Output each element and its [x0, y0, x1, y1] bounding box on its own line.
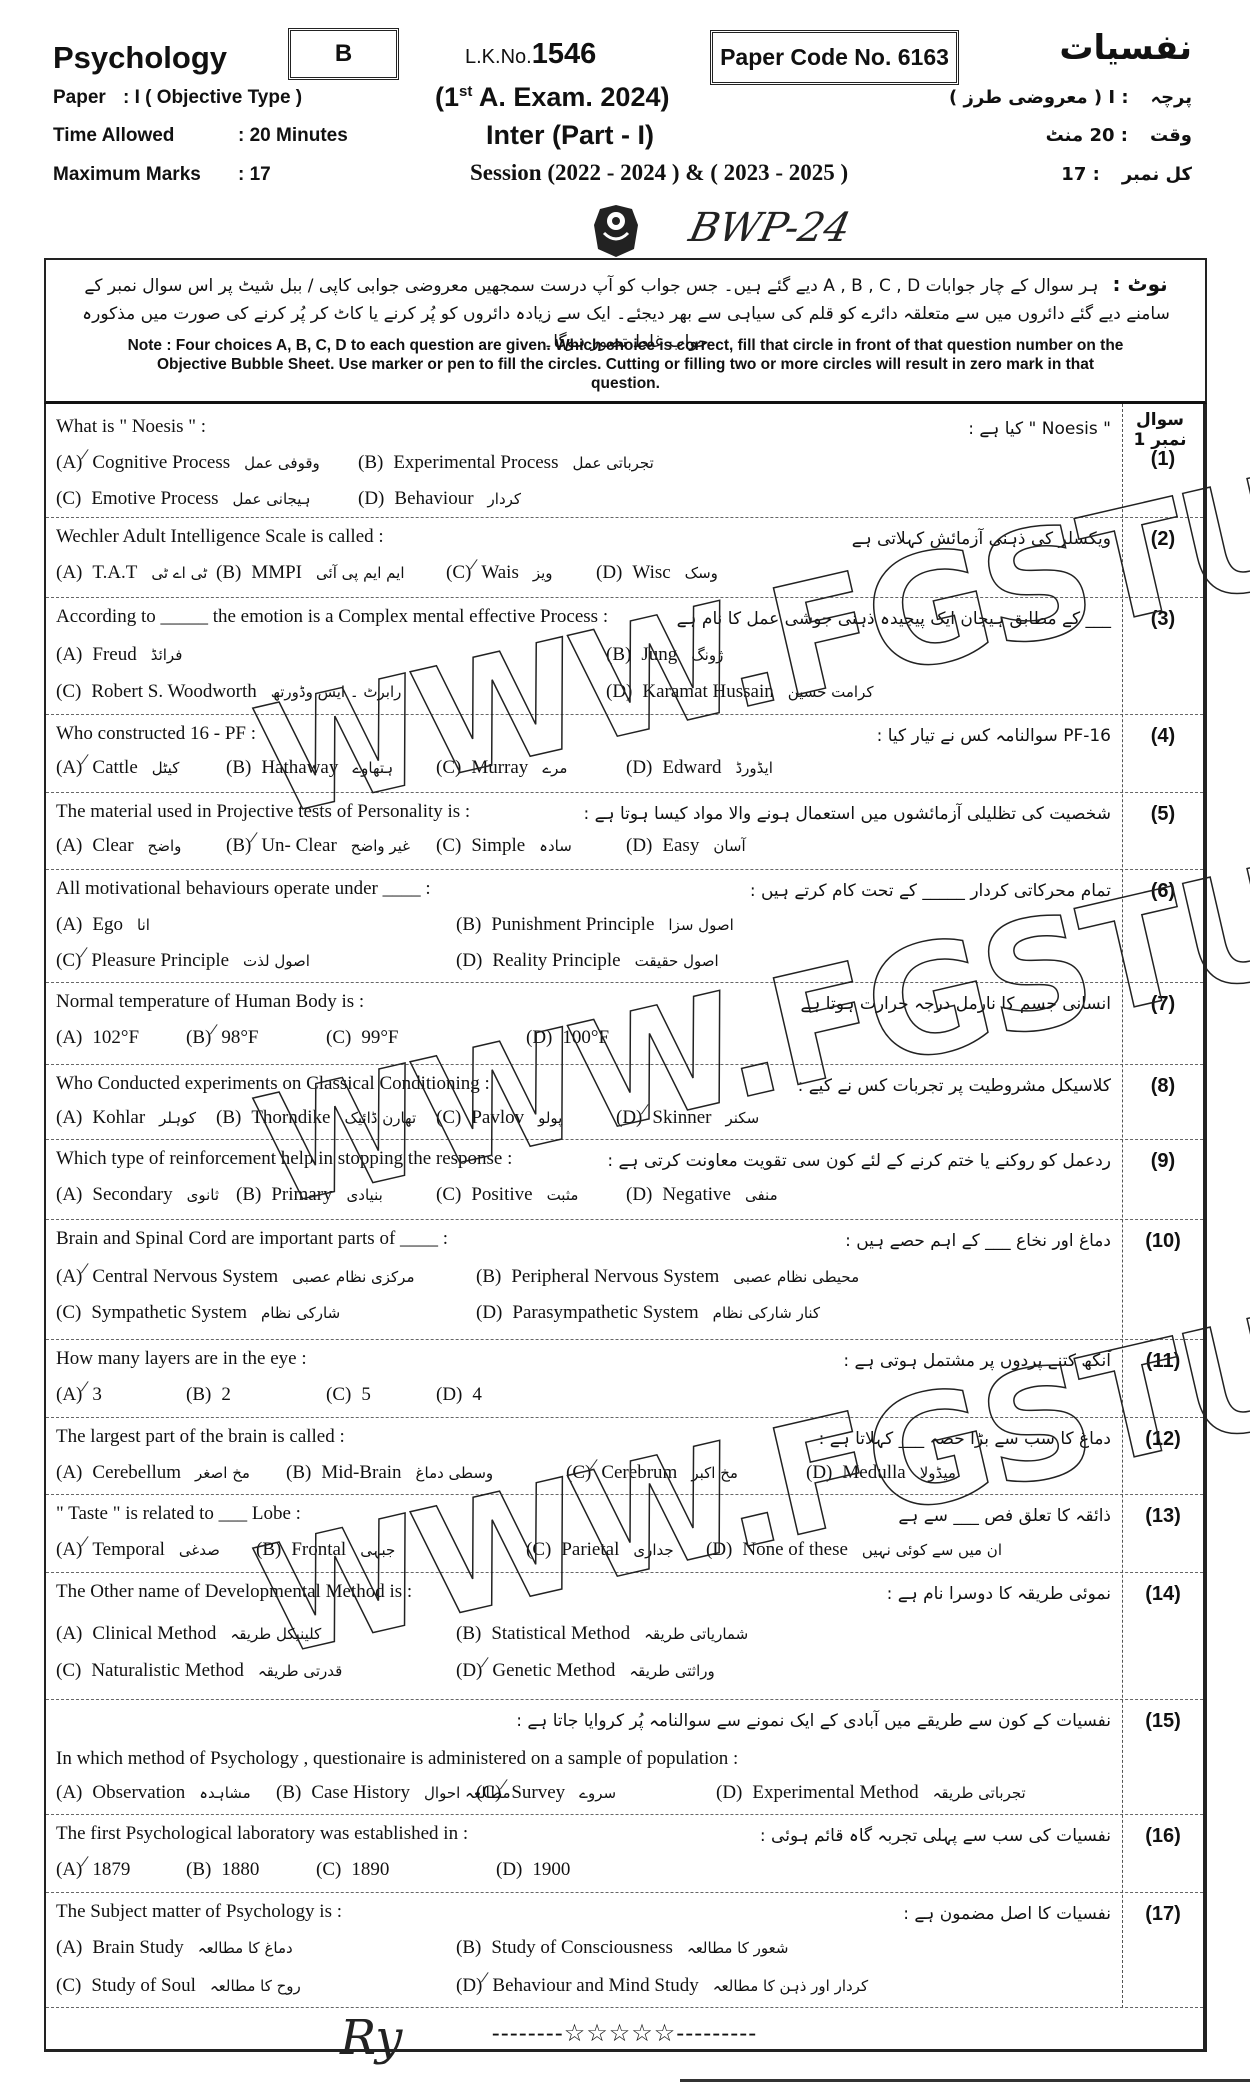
choice-d[interactable]: (D)Wiscوسک — [596, 562, 718, 584]
choice-letter: (A) — [56, 1384, 82, 1405]
choice-c[interactable]: (C)Parietalجداری — [526, 1539, 674, 1561]
choice-text-urdu: کردار اور ذہن کا مطالعہ — [713, 1977, 868, 1995]
question-text: In which method of Psychology , question… — [56, 1748, 738, 1770]
choice-text-urdu: تجرباتی عمل — [572, 454, 653, 472]
choice-text-urdu: شعور کا مطالعہ — [687, 1939, 789, 1957]
choice-a[interactable]: (A)T.A.Tٹی اے ٹی — [56, 562, 207, 584]
choice-text-urdu: ژونگ — [691, 646, 723, 664]
choice-d[interactable]: (D)Parasympathetic Systemکنار شارکی نظام — [476, 1302, 820, 1324]
choice-text: Genetic Method — [492, 1660, 615, 1681]
choice-text: None of these — [742, 1539, 848, 1560]
question-number: (16) — [1123, 1825, 1203, 1848]
choice-b[interactable]: (B)Un- Clearغیر واضح — [226, 835, 410, 857]
question-text: Which type of reinforcement help in stop… — [56, 1148, 512, 1170]
choice-text: Emotive Process — [91, 488, 218, 509]
choice-text-urdu: دماغ کا مطالعہ — [198, 1939, 293, 1957]
choice-letter: (D) — [806, 1462, 832, 1483]
choice-a[interactable]: (A)Freudفرائڈ — [56, 644, 182, 666]
choice-a[interactable]: (A)Central Nervous Systemمرکزی نظام عصبی — [56, 1266, 415, 1288]
choice-letter: (B) — [216, 1107, 241, 1128]
choice-c[interactable]: (C)Sympathetic Systemشارکی نظام — [56, 1302, 340, 1324]
choice-text: Cerebellum — [92, 1462, 181, 1483]
choice-letter: (A) — [56, 1027, 82, 1048]
choice-a[interactable]: (A)102°F — [56, 1027, 153, 1049]
question-number: (14) — [1123, 1583, 1203, 1606]
choice-c[interactable]: (C)Waisویز — [446, 562, 553, 584]
choice-a[interactable]: (A)Clinical Methodکلینیکل طریقہ — [56, 1623, 321, 1645]
choice-text: 99°F — [361, 1027, 398, 1048]
choice-text-urdu: اصول حقیقت — [635, 952, 719, 970]
question-number: (3) — [1123, 608, 1203, 631]
choice-text: Reality Principle — [492, 950, 620, 971]
choice-a[interactable]: (A)Cattleکیٹل — [56, 757, 179, 779]
question-text-urdu: تمام محرکاتی کردار _____ کے تحت کام کرتے… — [750, 880, 1111, 901]
choice-letter: (A) — [56, 1462, 82, 1483]
choice-letter: (C) — [446, 562, 471, 583]
choice-text: 2 — [221, 1384, 231, 1405]
question-text: " Taste " is related to ___ Lobe : — [56, 1503, 301, 1525]
choice-letter: (A) — [56, 452, 82, 473]
instructions-note: نوٹ :ہر سوال کے چار جوابات A , B , C , D… — [44, 258, 1207, 404]
end-of-paper-stars: --------☆☆☆☆☆--------- — [46, 2019, 1203, 2048]
question-text: According to _____ the emotion is a Comp… — [56, 606, 608, 628]
choice-letter: (A) — [56, 757, 82, 778]
number-column-divider — [1122, 404, 1123, 2008]
choice-letter: (A) — [56, 835, 82, 856]
choice-text: Primary — [271, 1184, 332, 1205]
choice-text-urdu: صدغی — [179, 1541, 220, 1559]
question-number: (17) — [1123, 1903, 1203, 1926]
choice-text-urdu: محیطی نظام عصبی — [733, 1268, 859, 1286]
choice-text: Parasympathetic System — [512, 1302, 698, 1323]
choice-text-urdu: اصول سزا — [668, 916, 733, 934]
choice-text-urdu: وسطی دماغ — [416, 1464, 494, 1482]
marks-row: Maximum Marks: 17 — [53, 164, 271, 186]
exam-sup: st — [459, 83, 472, 100]
choice-b[interactable]: (B)Frontalجبہی — [256, 1539, 395, 1561]
choice-letter: (D) — [436, 1384, 462, 1405]
choice-letter: (A) — [56, 1623, 82, 1644]
question-text-urdu: دماغ اور نخاع ___ کے اہم حصے ہیں : — [845, 1230, 1111, 1251]
question-number: (1) — [1123, 448, 1203, 471]
choice-b[interactable]: (B)Statistical Methodشماریاتی طریقہ — [456, 1623, 748, 1645]
question-text: All motivational behaviours operate unde… — [56, 878, 431, 900]
question-row: (17)The Subject matter of Psychology is … — [46, 1893, 1203, 2008]
choice-text: Naturalistic Method — [91, 1660, 244, 1681]
question-number: (15) — [1123, 1710, 1203, 1733]
choice-letter: (B) — [216, 562, 241, 583]
choice-letter: (D) — [358, 488, 384, 509]
questions-table: سوال نمبر 1 (1)What is " Noesis " :" Noe… — [44, 404, 1207, 2052]
question-text: Who constructed 16 - PF : — [56, 723, 256, 745]
choice-a[interactable]: (A)Observationمشاہدہ — [56, 1782, 251, 1804]
choice-letter: (B) — [256, 1539, 281, 1560]
choice-c[interactable]: (C)Cerebrumمخ اکبر — [566, 1462, 738, 1484]
question-number: (10) — [1123, 1230, 1203, 1253]
choice-text: Hathaway — [261, 757, 338, 778]
question-row: (11)How many layers are in the eye :آنکھ… — [46, 1340, 1203, 1418]
question-text-urdu: دماغ کا سب سے بڑا حصہ ___ کہلاتا ہے : — [819, 1428, 1111, 1449]
choice-text: Pavlov — [471, 1107, 524, 1128]
choice-text: 102°F — [92, 1027, 139, 1048]
choice-a[interactable]: (A)Egoانا — [56, 914, 150, 936]
choice-text-urdu: مرکزی نظام عصبی — [292, 1268, 414, 1286]
choice-c[interactable]: (C)1890 — [316, 1859, 403, 1881]
choice-letter: (A) — [56, 644, 82, 665]
question-number: (2) — [1123, 528, 1203, 551]
choice-text-urdu: ویز — [533, 564, 553, 582]
choice-text: Clinical Method — [92, 1623, 216, 1644]
time-label: Time Allowed — [53, 125, 238, 147]
choice-d[interactable]: (D)Edwardایڈورڈ — [626, 757, 773, 779]
urdu-time-row: وقت: 20 منٹ — [1046, 125, 1192, 146]
paper-row: Paper: I ( Objective Type ) — [53, 87, 302, 109]
choice-text-urdu: مثبت — [547, 1186, 579, 1204]
question-text-urdu: نموئی طریقہ کا دوسرا نام ہے : — [887, 1583, 1111, 1604]
choice-c[interactable]: (C)Emotive Processہیجانی عمل — [56, 488, 311, 510]
choice-b[interactable]: (B)Peripheral Nervous Systemمحیطی نظام ع… — [476, 1266, 859, 1288]
choice-c[interactable]: (C)Simpleسادہ — [436, 835, 572, 857]
choice-letter: (A) — [56, 914, 82, 935]
choice-d[interactable]: (D)Reality Principleاصول حقیقت — [456, 950, 719, 972]
question-row: (13)" Taste " is related to ___ Lobe :ذا… — [46, 1495, 1203, 1573]
choice-text: 1880 — [221, 1859, 259, 1880]
choice-letter: (B) — [236, 1184, 261, 1205]
question-text: The Other name of Developmental Method i… — [56, 1581, 412, 1603]
choice-text: Clear — [92, 835, 133, 856]
choice-text: Case History — [311, 1782, 410, 1803]
choice-letter: (A) — [56, 1266, 82, 1287]
choice-text-urdu: وقوفی عمل — [244, 454, 320, 472]
choice-text-urdu: اصول لذت — [243, 952, 310, 970]
urdu-time-label: وقت — [1150, 125, 1192, 146]
choice-text-urdu: غیر واضح — [351, 837, 410, 855]
choice-letter: (D) — [616, 1107, 642, 1128]
choice-text-urdu: تھارن ڈائیک — [344, 1109, 416, 1127]
choice-text: Skinner — [652, 1107, 711, 1128]
question-number: (12) — [1123, 1428, 1203, 1451]
choice-text: Central Nervous System — [92, 1266, 278, 1287]
choice-text: Mid-Brain — [321, 1462, 401, 1483]
choice-b[interactable]: (B)Mid-Brainوسطی دماغ — [286, 1462, 493, 1484]
choice-text: Edward — [662, 757, 721, 778]
choice-text-urdu: سکنر — [726, 1109, 760, 1127]
choice-text-urdu: ہیجانی عمل — [233, 490, 311, 508]
exam-prefix: (1 — [435, 82, 459, 112]
choice-text: Behaviour — [394, 488, 473, 509]
choice-text-urdu: پولو — [538, 1109, 562, 1127]
choice-text: Peripheral Nervous System — [511, 1266, 719, 1287]
question-text: The material used in Projective tests of… — [56, 801, 470, 823]
choice-text-urdu: ٹی اے ٹی — [151, 564, 207, 582]
choice-text: Survey — [511, 1782, 565, 1803]
choice-text-urdu: وراثتی طریقہ — [629, 1662, 714, 1680]
question-number: (7) — [1123, 993, 1203, 1016]
urdu-subject-title: نفسیات — [1059, 28, 1192, 68]
choice-c[interactable]: (C)99°F — [326, 1027, 413, 1049]
question-row: (5)The material used in Projective tests… — [46, 793, 1203, 870]
set-code-box: B — [288, 28, 399, 80]
choice-text: Wisc — [632, 562, 670, 583]
choice-letter: (A) — [56, 1107, 82, 1128]
choice-d[interactable]: (D)100°F — [526, 1027, 623, 1049]
choice-c[interactable]: (C)Robert S. Woodworthرابرٹ ۔ ایس وڈورتھ — [56, 681, 401, 703]
choice-text-urdu: شارکی نظام — [261, 1304, 340, 1322]
choice-a[interactable]: (A)Secondaryثانوی — [56, 1184, 219, 1206]
choice-text: Study of Soul — [91, 1975, 196, 1996]
choice-letter: (B) — [186, 1859, 211, 1880]
question-text-urdu: کلاسیکل مشروطیت پر تجربات کس نے کیے : — [798, 1075, 1111, 1096]
choice-letter: (C) — [436, 757, 461, 778]
choice-c[interactable]: (C)Study of Soulروح کا مطالعہ — [56, 1975, 301, 1997]
question-row: (10)Brain and Spinal Cord are important … — [46, 1220, 1203, 1340]
choice-a[interactable]: (A)Cerebellumمخ اصغر — [56, 1462, 250, 1484]
question-text-urdu: شخصیت کی تظلیلی آزمائشوں میں استعمال ہون… — [584, 803, 1111, 824]
question-text-urdu: 16-PF سوالنامہ کس نے تیار کیا : — [877, 725, 1111, 746]
question-row: (15)In which method of Psychology , ques… — [46, 1700, 1203, 1815]
choice-c[interactable]: (C)Pleasure Principleاصول لذت — [56, 950, 310, 972]
handwritten-code: BWP-24 — [685, 205, 854, 251]
choice-letter: (B) — [276, 1782, 301, 1803]
choice-a[interactable]: (A)Brain Studyدماغ کا مطالعہ — [56, 1937, 293, 1959]
question-text: The first Psychological laboratory was e… — [56, 1823, 468, 1845]
choice-text-urdu: تجرباتی طریقہ — [933, 1784, 1026, 1802]
choice-a[interactable]: (A)Clearواضح — [56, 835, 181, 857]
choice-b[interactable]: (B)Study of Consciousnessشعور کا مطالعہ — [456, 1937, 788, 1959]
choice-letter: (D) — [456, 1975, 482, 1996]
choice-text: Study of Consciousness — [491, 1937, 673, 1958]
choice-text-urdu: بنیادی — [347, 1186, 383, 1204]
question-row: (3)According to _____ the emotion is a C… — [46, 598, 1203, 715]
choice-letter: (B) — [226, 835, 251, 856]
choice-d[interactable]: (D)Behaviour and Mind Studyکردار اور ذہن… — [456, 1975, 868, 1997]
paper-code-box: Paper Code No. 6163 — [710, 30, 959, 85]
choice-d[interactable]: (D)1900 — [496, 1859, 584, 1881]
choice-b[interactable]: (B)Experimental Processتجرباتی عمل — [358, 452, 654, 474]
choice-letter: (C) — [316, 1859, 341, 1880]
question-text: The Subject matter of Psychology is : — [56, 1901, 342, 1923]
choice-text-urdu: کلینیکل طریقہ — [230, 1625, 321, 1643]
choice-letter: (C) — [436, 1107, 461, 1128]
session: Session (2022 - 2024 ) & ( 2023 - 2025 ) — [470, 160, 848, 186]
choice-text: 4 — [472, 1384, 482, 1405]
choice-text: Simple — [471, 835, 525, 856]
choice-letter: (A) — [56, 1937, 82, 1958]
exam-title: (1st A. Exam. 2024) — [435, 82, 669, 113]
choice-b[interactable]: (B)Hathawayہتھاوے — [226, 757, 393, 779]
choice-d[interactable]: (D)Karamat Hussainکرامت حسین — [606, 681, 874, 703]
choice-a[interactable]: (A)Temporalصدغی — [56, 1539, 220, 1561]
choice-text: Negative — [662, 1184, 731, 1205]
choice-letter: (B) — [456, 1623, 481, 1644]
choice-text-urdu: جداری — [633, 1541, 673, 1559]
choice-text-urdu: میڈولا — [920, 1464, 956, 1482]
choice-text: 98°F — [221, 1027, 258, 1048]
choice-letter: (D) — [706, 1539, 732, 1560]
choice-text: Cognitive Process — [92, 452, 230, 473]
choice-d[interactable]: (D)Experimental Methodتجرباتی طریقہ — [716, 1782, 1026, 1804]
choice-text: Temporal — [92, 1539, 165, 1560]
choice-letter: (D) — [496, 1859, 522, 1880]
urdu-time-value: : 20 منٹ — [1046, 125, 1128, 146]
choice-text-urdu: ایڈورڈ — [735, 759, 772, 777]
choice-letter: (D) — [626, 757, 652, 778]
choice-b[interactable]: (B)MMPIایم ایم پی آئی — [216, 562, 405, 584]
time-row: Time Allowed: 20 Minutes — [53, 125, 348, 147]
choice-text: 5 — [361, 1384, 371, 1405]
choice-text: Cerebrum — [601, 1462, 677, 1483]
choice-letter: (C) — [56, 1660, 81, 1681]
choice-letter: (D) — [626, 1184, 652, 1205]
choice-letter: (C) — [56, 950, 81, 971]
marks-value: : 17 — [238, 164, 271, 185]
choice-text-urdu: مشاہدہ — [199, 1784, 250, 1802]
choice-text-urdu: انا — [137, 916, 150, 934]
question-row: (2)Wechler Adult Intelligence Scale is c… — [46, 518, 1203, 598]
choice-c[interactable]: (C)Murrayمرے — [436, 757, 567, 779]
question-text: What is " Noesis " : — [56, 416, 206, 438]
choice-letter: (C) — [476, 1782, 501, 1803]
choice-d[interactable]: (D)Skinnerسکنر — [616, 1107, 759, 1129]
choice-text-urdu: کردار — [488, 490, 522, 508]
choice-c[interactable]: (C)Surveyسروے — [476, 1782, 616, 1804]
choice-text: Secondary — [92, 1184, 172, 1205]
question-row: (7)Normal temperature of Human Body is :… — [46, 983, 1203, 1065]
choice-text: 3 — [92, 1384, 102, 1405]
choice-text: Sympathetic System — [91, 1302, 247, 1323]
choice-text-urdu: سادہ — [539, 837, 572, 855]
choice-text-urdu: روح کا مطالعہ — [210, 1977, 301, 1995]
choice-c[interactable]: (C)Pavlovپولو — [436, 1107, 562, 1129]
question-text: How many layers are in the eye : — [56, 1348, 307, 1370]
choice-letter: (C) — [526, 1539, 551, 1560]
question-text-urdu: نفسیات کی سب سے پہلی تجربہ گاہ قائم ہوئی… — [760, 1825, 1111, 1846]
choice-text: Cattle — [92, 757, 137, 778]
choice-text: Murray — [471, 757, 528, 778]
choice-letter: (D) — [596, 562, 622, 583]
inter-part: Inter (Part - I) — [486, 120, 654, 151]
choice-text: Pleasure Principle — [91, 950, 229, 971]
question-number: (6) — [1123, 880, 1203, 903]
question-text-urdu: ___ کے مطابق ہیجان ایک پیچیدہ ذہنی جوشی … — [677, 608, 1111, 629]
choice-a[interactable]: (A)Kohlarکوہلر — [56, 1107, 196, 1129]
choice-letter: (B) — [186, 1384, 211, 1405]
urdu-paper-row: پرچہ: I ( معروضی طرز ) — [949, 87, 1192, 108]
choice-letter: (C) — [436, 835, 461, 856]
choice-letter: (D) — [626, 835, 652, 856]
choice-letter: (B) — [226, 757, 251, 778]
choice-letter: (D) — [606, 681, 632, 702]
choice-d[interactable]: (D)Medullaمیڈولا — [806, 1462, 956, 1484]
choice-d[interactable]: (D)Easyآسان — [626, 835, 746, 857]
choice-c[interactable]: (C)Positiveمثبت — [436, 1184, 578, 1206]
question-text-urdu: " Noesis " کیا ہے : — [968, 418, 1111, 439]
question-text-urdu: ردعمل کو روکنے یا ختم کرنے کے لئے کون سی… — [607, 1150, 1111, 1171]
choice-b[interactable]: (B)Primaryبنیادی — [236, 1184, 383, 1206]
choice-text-urdu: ہتھاوے — [352, 759, 393, 777]
choice-a[interactable]: (A)1879 — [56, 1859, 144, 1881]
choice-text-urdu: کوہلر — [159, 1109, 196, 1127]
choice-text-urdu: ایم ایم پی آئی — [316, 564, 404, 582]
choice-text-urdu: واضح — [148, 837, 182, 855]
lk-value: 1546 — [532, 38, 597, 70]
paper-code: Paper Code No. 6163 — [720, 44, 949, 71]
choice-a[interactable]: (A)Cognitive Processوقوفی عمل — [56, 452, 320, 474]
choice-letter: (B) — [456, 1937, 481, 1958]
choice-b[interactable]: (B)98°F — [186, 1027, 273, 1049]
choice-letter: (C) — [436, 1184, 461, 1205]
urdu-paper-value: : I ( معروضی طرز ) — [949, 87, 1129, 108]
choice-a[interactable]: (A)3 — [56, 1384, 116, 1406]
choice-text-urdu: جبہی — [360, 1541, 395, 1559]
choice-letter: (A) — [56, 1184, 82, 1205]
choice-text: Punishment Principle — [491, 914, 654, 935]
choice-c[interactable]: (C)5 — [326, 1384, 385, 1406]
choice-text: 1890 — [351, 1859, 389, 1880]
choice-text: MMPI — [251, 562, 302, 583]
choice-text-urdu: کرامت حسین — [788, 683, 874, 701]
question-text-urdu: آنکھ کتنے پردوں پر مشتمل ہوتی ہے : — [843, 1350, 1111, 1371]
choice-text-urdu: وسک — [685, 564, 718, 582]
choice-d[interactable]: (D)Genetic Methodوراثتی طریقہ — [456, 1660, 715, 1682]
question-row: (8)Who Conducted experiments on Classica… — [46, 1065, 1203, 1140]
choice-text-urdu: ان میں سے کوئی نہیں — [862, 1541, 1002, 1559]
choice-d[interactable]: (D)4 — [436, 1384, 496, 1406]
question-number: (4) — [1123, 725, 1203, 748]
choice-text: Medulla — [842, 1462, 905, 1483]
choice-text-urdu: شماریاتی طریقہ — [644, 1625, 748, 1643]
choice-text-urdu: کنار شارکی نظام — [713, 1304, 820, 1322]
choice-letter: (C) — [56, 488, 81, 509]
choice-text-urdu: مخ اکبر — [691, 1464, 738, 1482]
choice-letter: (C) — [566, 1462, 591, 1483]
choice-letter: (B) — [186, 1027, 211, 1048]
choice-d[interactable]: (D)Behaviourکردار — [358, 488, 521, 510]
paper-label: Paper — [53, 87, 123, 109]
choice-b[interactable]: (B)1880 — [186, 1859, 273, 1881]
choice-text: Behaviour and Mind Study — [492, 1975, 698, 1996]
choice-text: Brain Study — [92, 1937, 183, 1958]
choice-d[interactable]: (D)None of theseان میں سے کوئی نہیں — [706, 1539, 1002, 1561]
set-code: B — [335, 40, 352, 68]
choice-text-urdu: آسان — [713, 837, 745, 855]
time-value: : 20 Minutes — [238, 125, 348, 146]
choice-text: Observation — [92, 1782, 185, 1803]
choice-b[interactable]: (B)2 — [186, 1384, 245, 1406]
question-row: (1)What is " Noesis " :" Noesis " کیا ہے… — [46, 404, 1203, 518]
choice-letter: (B) — [606, 644, 631, 665]
choice-b[interactable]: (B)Jungژونگ — [606, 644, 723, 666]
choice-text: Frontal — [291, 1539, 346, 1560]
choice-text-urdu: سروے — [579, 1784, 616, 1802]
question-row: (9)Which type of reinforcement help in s… — [46, 1140, 1203, 1220]
choice-b[interactable]: (B)Punishment Principleاصول سزا — [456, 914, 734, 936]
choice-text: Karamat Hussain — [642, 681, 773, 702]
choice-text-urdu: رابرٹ ۔ ایس وڈورتھ — [271, 683, 402, 701]
question-number: (11) — [1123, 1350, 1203, 1373]
choice-letter: (D) — [456, 1660, 482, 1681]
marks-label: Maximum Marks — [53, 164, 238, 186]
choice-letter: (A) — [56, 1539, 82, 1560]
choice-letter: (D) — [456, 950, 482, 971]
choice-c[interactable]: (C)Naturalistic Methodقدرتی طریقہ — [56, 1660, 342, 1682]
question-number: (9) — [1123, 1150, 1203, 1173]
choice-b[interactable]: (B)Thorndikeتھارن ڈائیک — [216, 1107, 416, 1129]
question-row: (12)The largest part of the brain is cal… — [46, 1418, 1203, 1495]
choice-letter: (C) — [56, 1302, 81, 1323]
question-text-urdu: ویکسلر کی ذہنی آزمائش کہلاتی ہے — [852, 528, 1111, 549]
choice-d[interactable]: (D)Negativeمنفی — [626, 1184, 778, 1206]
